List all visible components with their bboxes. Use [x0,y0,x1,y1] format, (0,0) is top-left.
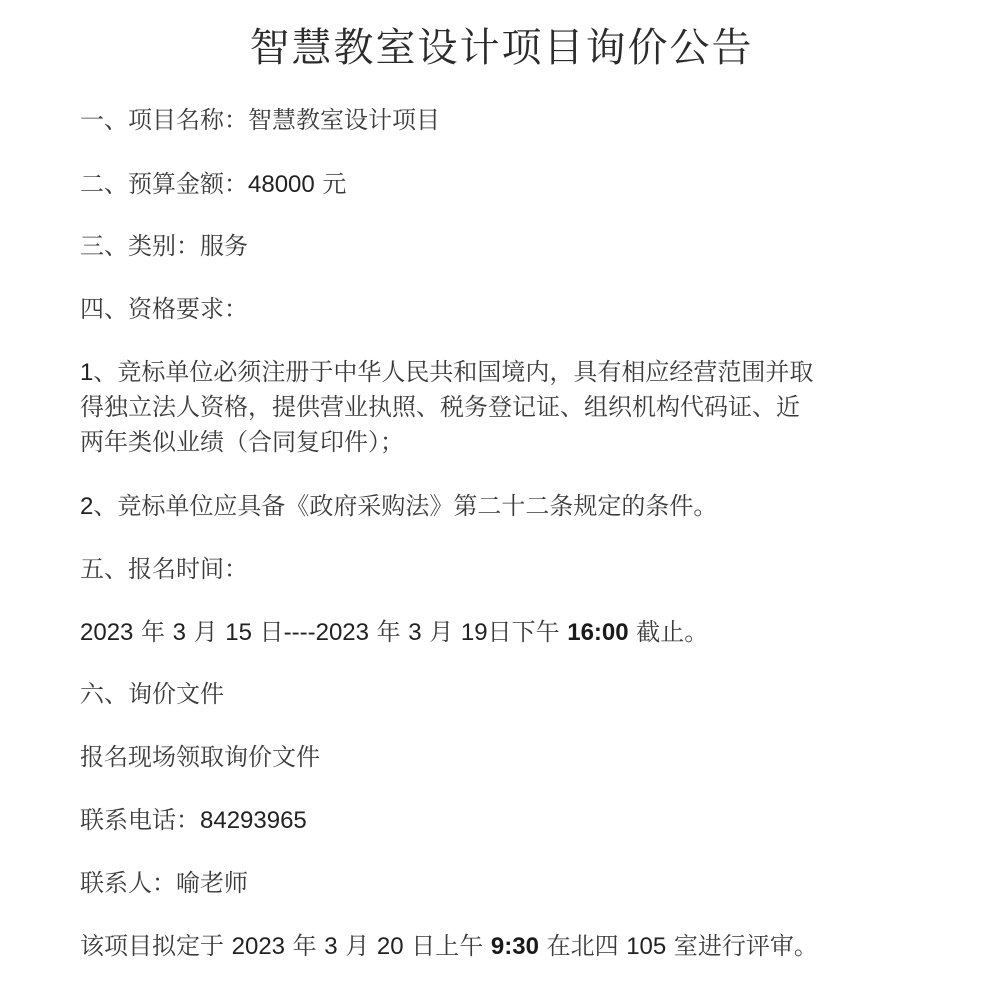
inquiry-docs-instruction: 报名现场领取询价文件 [80,740,320,774]
review-suffix: 室进行评审。 [666,932,818,960]
contact-person: 喻老师 [176,869,248,897]
contact-person-label: 联系人： [80,869,176,897]
item-number: 2 [80,493,93,520]
qualification-item-1: 1、竞标单位必须注册于中华人民共和国境内，具有相应经营范围并取 得独立法人资格，… [80,355,910,460]
review-location-prefix: 在北四 [539,932,626,960]
year-char: 年 [285,932,324,960]
end-year: 2023 [316,619,369,646]
review-room: 105 [626,933,666,960]
qualification-item-1-line-3: 两年类似业绩（合同复印件）； [80,425,910,460]
budget-amount: 48000 [248,171,315,198]
review-period: 日上午 [404,932,491,960]
deadline-suffix: 截止。 [629,618,709,646]
review-year: 2023 [232,933,285,960]
category-label: 三、类别： [80,232,200,260]
project-name-value: 智慧教室设计项目 [248,106,440,134]
end-day: 19 [461,619,488,646]
day-char: 日 [252,618,284,646]
start-day: 15 [225,619,252,646]
deadline-time: 16:00 [567,619,628,646]
category-value: 服务 [200,232,248,260]
start-year: 2023 [80,619,133,646]
review-day: 20 [377,933,404,960]
contact-phone-line: 联系电话：84293965 [80,803,307,838]
qualification-item-1-line-2: 得独立法人资格，提供营业执照、税务登记证、组织机构代码证、近 [80,390,910,425]
budget-unit: 元 [315,170,347,198]
project-name-label: 一、项目名称： [80,106,248,134]
review-month: 3 [324,933,337,960]
start-month: 3 [173,619,186,646]
review-prefix: 该项目拟定于 [80,932,232,960]
registration-period: 2023 年 3 月 15 日----2023 年 3 月 19日下午 16:0… [80,615,708,650]
month-char: 月 [338,932,377,960]
budget-line: 二、预算金额：48000 元 [80,167,346,202]
qualification-item-2: 2、竞标单位应具备《政府采购法》第二十二条规定的条件。 [80,489,717,524]
contact-phone: 84293965 [200,807,307,834]
month-char: 月 [186,618,225,646]
item-text: 、竞标单位应具备《政府采购法》第二十二条规定的条件。 [93,492,717,520]
page-title: 智慧教室设计项目询价公告 [0,20,1003,76]
review-time: 9:30 [491,933,539,960]
budget-label: 二、预算金额： [80,170,248,198]
contact-phone-label: 联系电话： [80,806,200,834]
category-line: 三、类别：服务 [80,229,248,263]
qualification-item-1-line-1: 1、竞标单位必须注册于中华人民共和国境内，具有相应经营范围并取 [80,355,910,390]
date-separator: ---- [284,619,316,646]
item-text: 、竞标单位必须注册于中华人民共和国境内，具有相应经营范围并取 [93,358,813,386]
item-number: 1 [80,359,93,386]
end-period: 日下午 [488,618,568,646]
month-char: 月 [422,618,461,646]
year-char: 年 [133,618,172,646]
end-month: 3 [408,619,421,646]
review-schedule: 该项目拟定于 2023 年 3 月 20 日上午 9:30 在北四 105 室进… [80,929,818,964]
inquiry-docs-heading: 六、询价文件 [80,677,224,711]
qualifications-heading: 四、资格要求： [80,292,248,326]
contact-person-line: 联系人：喻老师 [80,866,248,900]
year-char: 年 [369,618,408,646]
registration-heading: 五、报名时间： [80,552,248,586]
project-name-line: 一、项目名称：智慧教室设计项目 [80,103,440,137]
